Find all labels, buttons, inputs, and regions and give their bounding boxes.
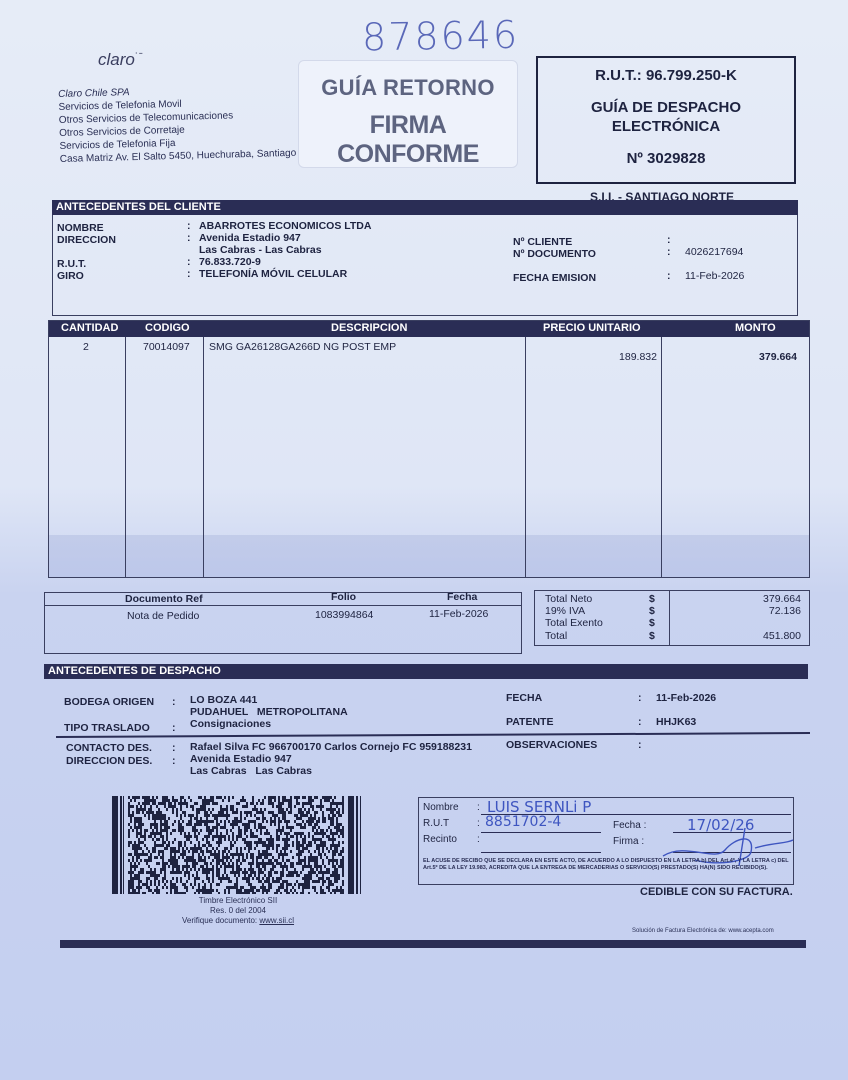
tipo-traslado-label: TIPO TRASLADO <box>64 722 154 735</box>
ref-col-folio: Folio <box>331 591 356 603</box>
ref-col-fecha: Fecha <box>447 591 477 603</box>
despacho-colons-top: : : <box>172 696 176 735</box>
col-codigo: CODIGO <box>145 322 190 334</box>
items-table: CANTIDAD CODIGO DESCRIPCION PRECIO UNITA… <box>48 320 810 578</box>
despacho-divider <box>56 732 810 738</box>
logo-rays-icon: ˙ˉ <box>135 50 143 64</box>
despacho-section-title: ANTECEDENTES DE DESPACHO <box>44 664 808 679</box>
ref-col-documento: Documento Ref <box>125 593 203 605</box>
col-monto: MONTO <box>735 322 776 334</box>
totals-box: Total Neto $ 379.664 19% IVA $ 72.136 To… <box>534 590 810 646</box>
bodega-label: BODEGA ORIGEN <box>64 696 154 709</box>
rut-line <box>481 832 601 833</box>
column-divider <box>203 337 204 577</box>
despacho-labels-top: BODEGA ORIGEN TIPO TRASLADO <box>64 696 154 735</box>
document-id-box: R.U.T.: 96.799.250-K GUÍA DE DESPACHO EL… <box>536 56 796 184</box>
timbre-line-1: Timbre Electrónico SII <box>112 896 364 906</box>
colon: : <box>187 220 191 232</box>
despacho-fecha: 11-Feb-2026 <box>656 692 716 704</box>
pdf417-barcode-icon <box>112 796 364 894</box>
total-exento-row: Total Exento $ <box>545 617 801 628</box>
n-documento-value: 4026217694 <box>685 246 744 258</box>
currency: $ <box>649 630 655 642</box>
despacho-colons-bottom: : : <box>172 742 176 768</box>
recinto-line <box>481 852 601 853</box>
document-title: GUÍA DE DESPACHO ELECTRÓNICA <box>538 98 794 136</box>
dispatch-guide-document: 878646 claro˙ˉ Claro Chile SPA Servicios… <box>0 0 848 1080</box>
client-address-1: Avenida Estadio 947 <box>199 232 371 244</box>
iva-row: 19% IVA $ 72.136 <box>545 605 801 616</box>
colon: : <box>477 834 480 845</box>
contacto-value: Rafael Silva FC 966700170 Carlos Cornejo… <box>190 741 472 753</box>
provider-credit: Solución de Factura Electrónica de: www.… <box>632 928 774 934</box>
n-documento-label: Nº DOCUMENTO <box>513 248 596 260</box>
receiver-rut-handwritten: 8851702-4 <box>485 814 561 830</box>
client-rut: 76.833.720-9 <box>199 256 371 268</box>
client-giro: TELEFONÍA MÓVIL CELULAR <box>199 268 371 280</box>
total-amount: 72.136 <box>769 605 801 617</box>
colon: : <box>667 270 671 282</box>
nombre-label: Nombre <box>423 802 459 813</box>
item-cantidad: 2 <box>83 341 89 353</box>
currency: $ <box>649 593 655 605</box>
colon: : <box>638 692 642 704</box>
client-colons: : : : : <box>187 220 191 280</box>
sii-link[interactable]: www.sii.cl <box>259 916 294 925</box>
column-divider <box>661 337 662 577</box>
item-codigo: 70014097 <box>143 341 190 353</box>
direccion-label: DIRECCION <box>57 234 116 246</box>
client-labels: NOMBRE DIRECCION R.U.T. GIRO <box>57 222 116 282</box>
colon: : <box>187 232 191 244</box>
client-name: ABARROTES ECONOMICOS LTDA <box>199 220 371 232</box>
giro-label: GIRO <box>57 270 116 282</box>
col-cantidad: CANTIDAD <box>61 322 118 334</box>
document-number: Nº 3029828 <box>538 150 794 167</box>
client-doc-values: 4026217694 11-Feb-2026 <box>685 234 744 282</box>
column-divider <box>125 337 126 577</box>
direccion-des-line-1: Avenida Estadio 947 <box>190 753 472 765</box>
contacto-label: CONTACTO DES. <box>66 742 152 755</box>
colon: : <box>172 696 176 709</box>
ref-folio: 1083994864 <box>315 609 373 621</box>
colon: : <box>172 742 176 755</box>
bodega-line-2: PUDAHUEL METROPOLITANA <box>190 706 348 718</box>
patente-value: HHJK63 <box>656 716 696 728</box>
stamp-line-2: FIRMA CONFORME <box>299 111 517 169</box>
column-divider <box>525 337 526 577</box>
timbre-electronico: Timbre Electrónico SII Res. 0 del 2004 V… <box>112 896 364 926</box>
colon: : <box>172 722 176 735</box>
references-table: Documento Ref Folio Fecha Nota de Pedido… <box>44 592 522 654</box>
bodega-line-1: LO BOZA 441 <box>190 694 348 706</box>
return-stamp-label: GUÍA RETORNO FIRMA CONFORME <box>298 60 518 168</box>
nombre-label: NOMBRE <box>57 222 116 234</box>
fecha-label: FECHA <box>506 692 542 704</box>
rut-label: R.U.T <box>423 818 449 829</box>
col-descripcion: DESCRIPCION <box>331 322 407 334</box>
issuer-rut: R.U.T.: 96.799.250-K <box>538 67 794 84</box>
total-amount: 451.800 <box>763 630 801 642</box>
cedible-label: CEDIBLE CON SU FACTURA. <box>640 886 793 898</box>
ref-documento: Nota de Pedido <box>127 610 199 622</box>
firma-label: Firma : <box>613 836 644 847</box>
n-cliente-label: Nº CLIENTE <box>513 236 596 248</box>
recinto-label: Recinto <box>423 834 457 845</box>
item-descripcion: SMG GA26128GA266D NG POST EMP <box>209 341 396 353</box>
currency: $ <box>649 605 655 617</box>
footer-bar <box>60 940 806 948</box>
colon: : <box>172 755 176 768</box>
tipo-traslado-value: Consignaciones <box>190 718 348 730</box>
patente-label: PATENTE <box>506 716 553 728</box>
colon: : <box>638 716 642 728</box>
issuer-info: Claro Chile SPA Servicios de Telefonia M… <box>58 82 296 166</box>
receipt-acknowledgement-box: Nombre : LUIS SERNLi P R.U.T : 8851702-4… <box>418 797 794 885</box>
claro-logo: claro˙ˉ <box>98 50 143 70</box>
verify-label: Verifique documento: <box>182 916 259 925</box>
item-precio-unitario: 189.832 <box>619 351 657 363</box>
colon: : <box>667 246 671 258</box>
total-neto-row: Total Neto $ 379.664 <box>545 593 801 604</box>
client-address-2: Las Cabras - Las Cabras <box>199 244 371 256</box>
fecha-emision-label: FECHA EMISION <box>513 272 596 284</box>
paper-fold-shadow <box>49 535 809 577</box>
despacho-values-bottom: Rafael Silva FC 966700170 Carlos Cornejo… <box>190 741 472 777</box>
document-title-line-1: GUÍA DE DESPACHO <box>538 98 794 117</box>
n-cliente-value <box>685 234 744 246</box>
colon: : <box>477 818 480 829</box>
observaciones-label: OBSERVACIONES <box>506 739 597 751</box>
total-row: Total $ 451.800 <box>545 630 801 641</box>
despacho-labels-bottom: CONTACTO DES. DIRECCION DES. <box>66 742 152 768</box>
despacho-values-top: LO BOZA 441 PUDAHUEL METROPOLITANA Consi… <box>190 694 348 730</box>
legal-text: EL ACUSE DE RECIBO QUE SE DECLARA EN EST… <box>423 858 791 872</box>
direccion-des-line-2: Las Cabras Las Cabras <box>190 765 472 777</box>
client-section-title: ANTECEDENTES DEL CLIENTE <box>52 200 798 215</box>
total-label: Total <box>545 630 567 642</box>
total-label: 19% IVA <box>545 605 585 617</box>
total-label: Total Exento <box>545 617 603 629</box>
client-doc-colons: : : : <box>667 234 671 282</box>
ref-fecha: 11-Feb-2026 <box>429 608 488 620</box>
stamp-line-1: GUÍA RETORNO <box>299 75 517 101</box>
colon: : <box>477 802 480 813</box>
client-section: ANTECEDENTES DEL CLIENTE NOMBRE DIRECCIO… <box>52 200 798 316</box>
col-precio-unitario: PRECIO UNITARIO <box>543 322 641 334</box>
client-values: ABARROTES ECONOMICOS LTDA Avenida Estadi… <box>199 220 371 280</box>
client-doc-labels: Nº CLIENTE Nº DOCUMENTO FECHA EMISION <box>513 236 596 284</box>
currency: $ <box>649 617 655 629</box>
colon: : <box>638 739 642 751</box>
rut-label: R.U.T. <box>57 258 116 270</box>
fecha-emision-value: 11-Feb-2026 <box>685 270 744 282</box>
colon: : <box>187 268 191 280</box>
items-table-header: CANTIDAD CODIGO DESCRIPCION PRECIO UNITA… <box>49 321 809 337</box>
total-amount: 379.664 <box>763 593 801 605</box>
item-monto: 379.664 <box>759 351 797 363</box>
handwritten-number: 878646 <box>362 13 520 60</box>
direccion-des-label: DIRECCION DES. <box>66 755 152 768</box>
colon: : <box>187 256 191 268</box>
timbre-line-2: Res. 0 del 2004 <box>112 906 364 916</box>
document-title-line-2: ELECTRÓNICA <box>538 117 794 136</box>
logo-text: claro <box>98 50 135 69</box>
colon: : <box>667 234 671 246</box>
timbre-line-3: Verifique documento: www.sii.cl <box>112 916 364 926</box>
total-label: Total Neto <box>545 593 592 605</box>
fecha-label: Fecha : <box>613 820 646 831</box>
